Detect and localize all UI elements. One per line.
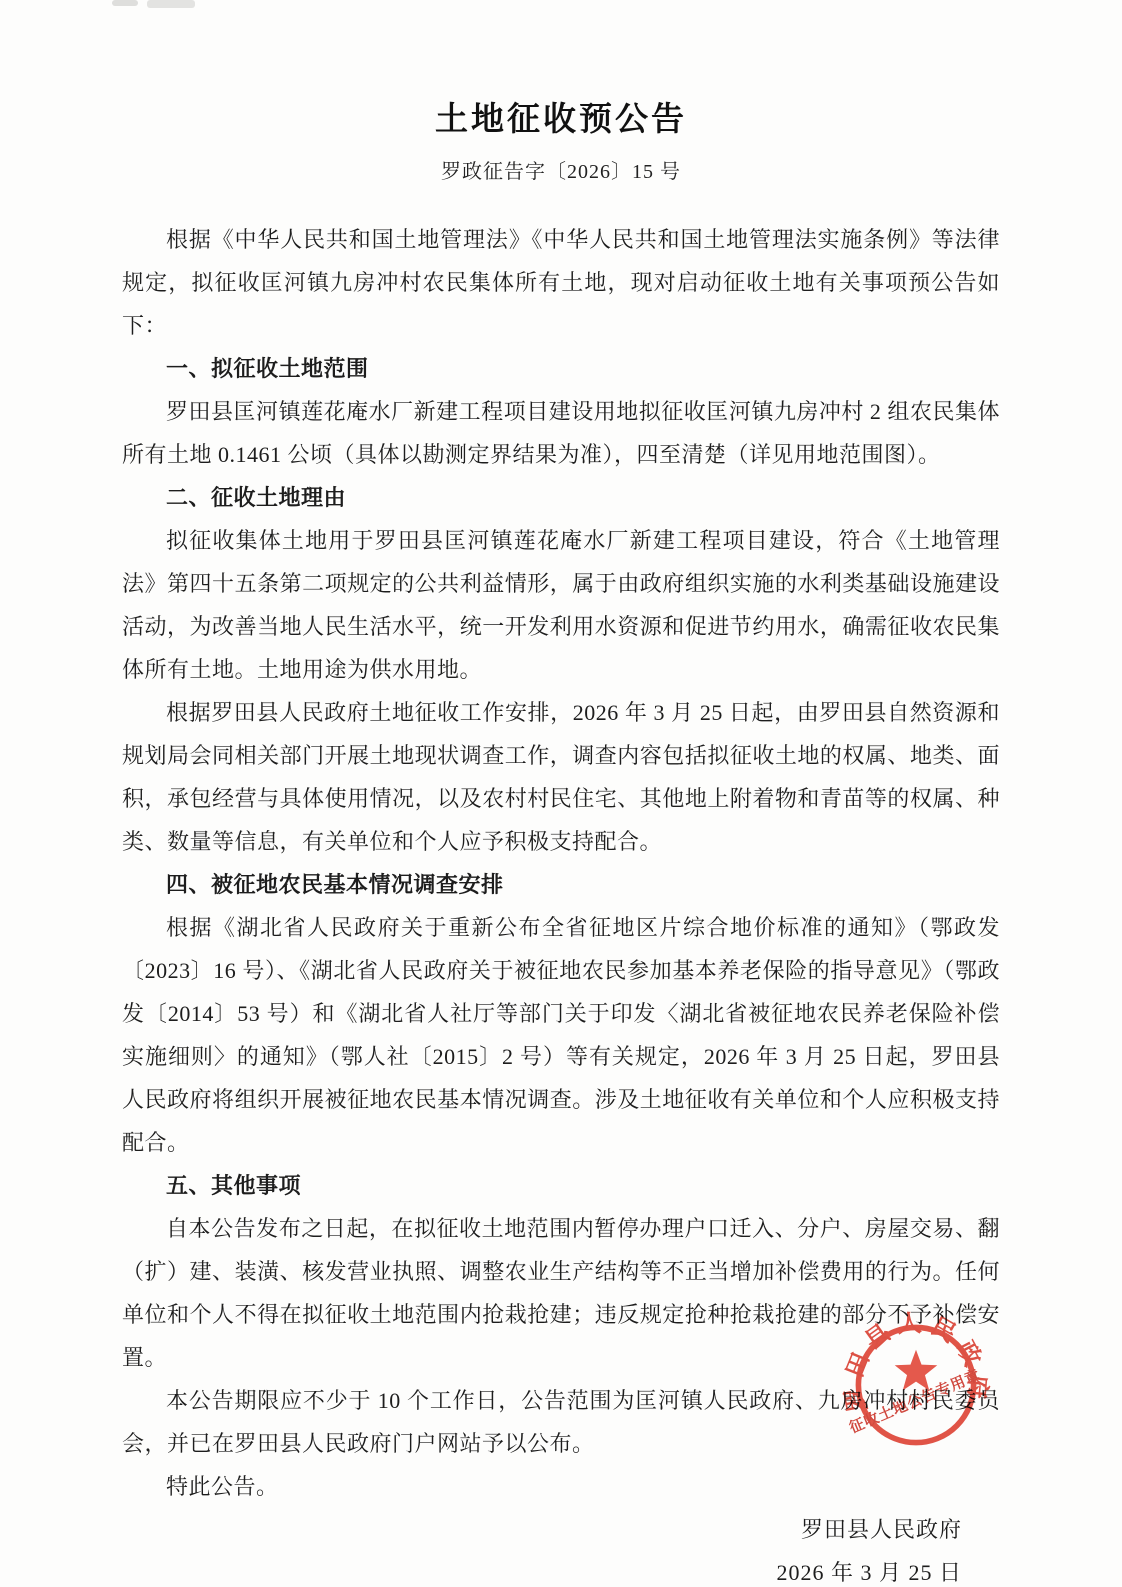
paragraph: 本公告期限应不少于 10 个工作日，公告范围为匡河镇人民政府、九房冲村村民委员会… bbox=[122, 1379, 1000, 1465]
document-number: 罗政征告字〔2026〕15 号 bbox=[122, 159, 1000, 185]
signature-issuer: 罗田县人民政府 bbox=[122, 1508, 962, 1551]
section-heading: 四、被征地农民基本情况调查安排 bbox=[122, 863, 1000, 906]
paragraph: 根据罗田县人民政府土地征收工作安排，2026 年 3 月 25 日起，由罗田县自… bbox=[122, 691, 1000, 863]
section-heading: 二、征收土地理由 bbox=[122, 476, 1000, 519]
closing-phrase: 特此公告。 bbox=[122, 1465, 1000, 1508]
section-heading: 五、其他事项 bbox=[122, 1164, 1000, 1207]
paragraph: 拟征收集体土地用于罗田县匡河镇莲花庵水厂新建工程项目建设，符合《土地管理法》第四… bbox=[122, 519, 1000, 691]
section-heading: 一、拟征收土地范围 bbox=[122, 347, 1000, 390]
paragraph: 根据《中华人民共和国土地管理法》《中华人民共和国土地管理法实施条例》等法律规定，… bbox=[122, 218, 1000, 347]
document-page: 土地征收预公告 罗政征告字〔2026〕15 号 根据《中华人民共和国土地管理法》… bbox=[0, 0, 1122, 1587]
paragraph: 自本公告发布之日起，在拟征收土地范围内暂停办理户口迁入、分户、房屋交易、翻（扩）… bbox=[122, 1207, 1000, 1379]
scan-artifact bbox=[112, 0, 138, 6]
scan-artifact bbox=[147, 0, 195, 8]
paragraph: 罗田县匡河镇莲花庵水厂新建工程项目建设用地拟征收匡河镇九房冲村 2 组农民集体所… bbox=[122, 390, 1000, 476]
document-body: 根据《中华人民共和国土地管理法》《中华人民共和国土地管理法实施条例》等法律规定，… bbox=[122, 218, 1000, 1508]
paragraph: 根据《湖北省人民政府关于重新公布全省征地区片综合地价标准的通知》（鄂政发〔202… bbox=[122, 906, 1000, 1164]
signature-block: 罗田县人民政府 2026 年 3 月 25 日 bbox=[122, 1508, 1000, 1587]
signature-date: 2026 年 3 月 25 日 bbox=[122, 1551, 962, 1587]
document-content: 土地征收预公告 罗政征告字〔2026〕15 号 根据《中华人民共和国土地管理法》… bbox=[122, 98, 1000, 1587]
document-title: 土地征收预公告 bbox=[122, 98, 1000, 142]
